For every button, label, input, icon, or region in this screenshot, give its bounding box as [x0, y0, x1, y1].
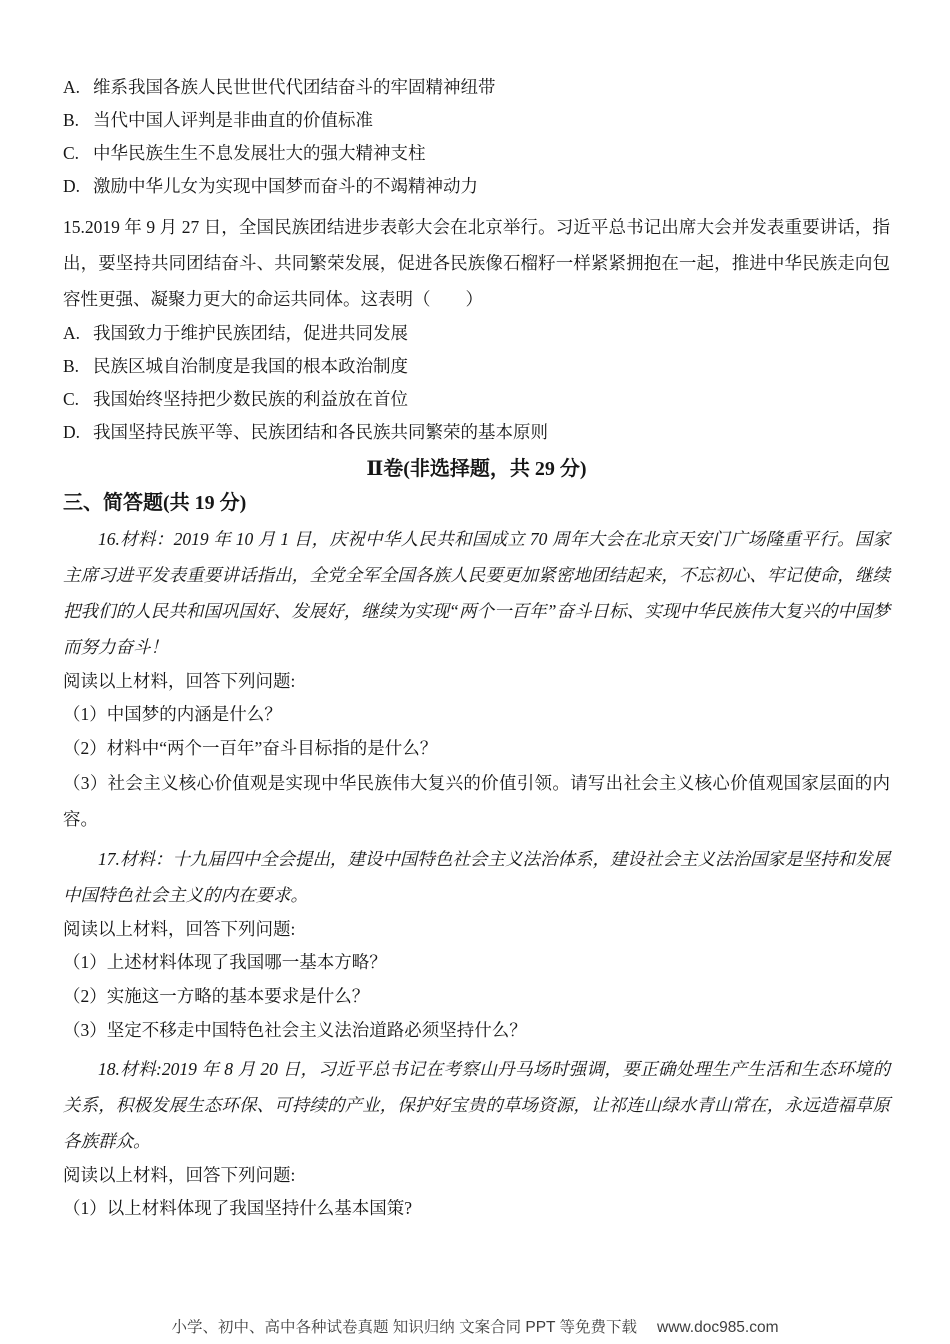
q15-option-d: D.我国坚持民族平等、民族团结和各民族共同繁荣的基本原则	[63, 416, 890, 449]
q15-stem: 15.2019 年 9 月 27 日，全国民族团结进步表彰大会在北京举行。习近平…	[63, 209, 890, 317]
q15-option-b: B.民族区城自治制度是我国的根本政治制度	[63, 350, 890, 383]
footer-watermark: 小学、初中、高中各种试卷真题 知识归纳 文案合同 PPT 等免费下载www.do…	[0, 1315, 950, 1337]
q17-subquestion-3: （3）坚定不移走中国特色社会主义法治道路必须坚持什么？	[63, 1013, 890, 1047]
q17-prompt: 阅读以上材料，回答下列问题:	[63, 913, 890, 945]
option-label: B.	[63, 104, 93, 137]
section3-title: 三、简答题(共 19 分)	[63, 489, 890, 517]
q16-subquestion-2: （2）材料中“两个一百年”奋斗目标指的是什么？	[63, 731, 890, 765]
exam-paper-page: A.维系我国各族人民世世代代团结奋斗的牢固精神纽带 B.当代中国人评判是非曲直的…	[0, 0, 950, 1344]
option-text: 中华民族生生不息发展壮大的强大精神支柱	[93, 143, 426, 163]
option-text: 维系我国各族人民世世代代团结奋斗的牢固精神纽带	[93, 77, 496, 97]
q18-material: 18.材料:2019 年 8 月 20 日，习近平总书记在考察山丹马场时强调，要…	[63, 1051, 890, 1159]
q15-options: A.我国致力于维护民族团结，促进共同发展 B.民族区城自治制度是我国的根本政治制…	[63, 317, 890, 449]
option-label: D.	[63, 170, 93, 203]
q14-options: A.维系我国各族人民世世代代团结奋斗的牢固精神纽带 B.当代中国人评判是非曲直的…	[63, 71, 890, 203]
option-text: 我国始终坚持把少数民族的利益放在首位	[93, 389, 408, 409]
option-text: 我国坚持民族平等、民族团结和各民族共同繁荣的基本原则	[93, 422, 548, 442]
q17-subquestion-2: （2）实施这一方略的基本要求是什么？	[63, 979, 890, 1013]
q18-subquestion-1: （1）以上材料体现了我国坚持什么基本国策?	[63, 1191, 890, 1225]
option-text: 我国致力于维护民族团结，促进共同发展	[93, 323, 408, 343]
option-label: C.	[63, 383, 93, 416]
q14-option-d: D.激励中华儿女为实现中国梦而奋斗的不竭精神动力	[63, 170, 890, 203]
q16-material: 16.材料：2019 年 10 月 1 目，庆祝中华人民共和国成立 70 周年大…	[63, 521, 890, 665]
footer-text: 小学、初中、高中各种试卷真题 知识归纳 文案合同 PPT 等免费下载	[171, 1319, 637, 1336]
option-label: B.	[63, 350, 93, 383]
q17-material: 17.材料：十九届四中全会提出，建设中国特色社会主义法治体系，建设社会主义法治国…	[63, 841, 890, 913]
q15-option-c: C.我国始终坚持把少数民族的利益放在首位	[63, 383, 890, 416]
part2-title: Ⅱ卷(非选择题，共 29 分)	[63, 455, 890, 483]
q16-subquestion-3: （3）社会主义核心价值观是实现中华民族伟大复兴的价值引领。请写出社会主义核心价值…	[63, 765, 890, 837]
q14-option-a: A.维系我国各族人民世世代代团结奋斗的牢固精神纽带	[63, 71, 890, 104]
q17-subquestion-1: （1）上述材料体现了我国哪一基本方略？	[63, 945, 890, 979]
option-label: A.	[63, 317, 93, 350]
option-text: 当代中国人评判是非曲直的价值标准	[93, 110, 373, 130]
q14-option-c: C.中华民族生生不息发展壮大的强大精神支柱	[63, 137, 890, 170]
option-text: 激励中华儿女为实现中国梦而奋斗的不竭精神动力	[93, 176, 478, 196]
page-content: A.维系我国各族人民世世代代团结奋斗的牢固精神纽带 B.当代中国人评判是非曲直的…	[63, 71, 890, 1225]
q18-prompt: 阅读以上材料，回答下列问题:	[63, 1159, 890, 1191]
option-text: 民族区城自治制度是我国的根本政治制度	[93, 356, 408, 376]
q16-subquestion-1: （1）中国梦的内涵是什么？	[63, 697, 890, 731]
option-label: D.	[63, 416, 93, 449]
option-label: C.	[63, 137, 93, 170]
q14-option-b: B.当代中国人评判是非曲直的价值标准	[63, 104, 890, 137]
footer-site-url: www.doc985.com	[657, 1319, 778, 1336]
q16-prompt: 阅读以上材料，回答下列问题:	[63, 665, 890, 697]
q15-option-a: A.我国致力于维护民族团结，促进共同发展	[63, 317, 890, 350]
option-label: A.	[63, 71, 93, 104]
